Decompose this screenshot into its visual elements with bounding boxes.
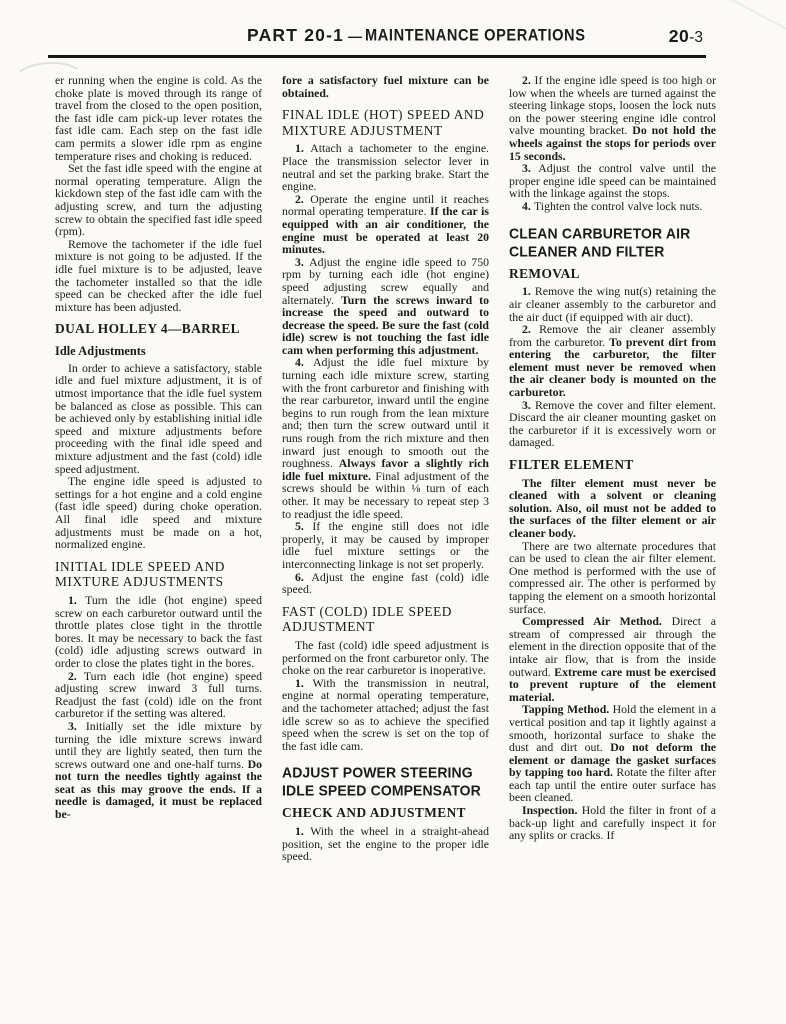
section-title-label: MAINTENANCE OPERATIONS xyxy=(365,27,586,45)
heading-clean-carburetor-air-cleaner: CLEAN CARBURETOR AIR CLEANER AND FILTER xyxy=(509,225,716,260)
text-run: With the transmission in neutral, engine… xyxy=(282,676,489,753)
text-run: FILTER ELEMENT xyxy=(509,457,634,472)
step-paragraph: 1. Remove the wing nut(s) retaining the … xyxy=(509,285,716,323)
text-run: DUAL HOLLEY 4—BARREL xyxy=(55,321,240,336)
step-paragraph: 1. With the wheel in a straight-ahead po… xyxy=(282,825,489,863)
paragraph-idle-speed-settings: The engine idle speed is adjusted to set… xyxy=(55,475,262,551)
page-title: PART 20-1 — MAINTENANCE OPERATIONS xyxy=(247,25,586,46)
step-paragraph: 2. Remove the air cleaner assembly from … xyxy=(509,323,716,399)
paragraph-continuation: fore a satisfactory fuel mixture can be … xyxy=(282,74,489,99)
paragraph-idle-balance: In order to achieve a satisfactory, stab… xyxy=(55,362,262,475)
manual-page: PART 20-1 — MAINTENANCE OPERATIONS 20 -3… xyxy=(0,0,786,1024)
text-run: INITIAL IDLE SPEED AND MIXTURE ADJUSTMEN… xyxy=(55,559,225,590)
step-paragraph: 5. If the engine still does not idle pro… xyxy=(282,520,489,570)
step-paragraph: 1. Attach a tachometer to the engine. Pl… xyxy=(282,142,489,192)
text-run: CLEAN CARBURETOR AIR CLEANER AND FILTER xyxy=(509,225,690,259)
step-paragraph: 3. Initially set the idle mixture by tur… xyxy=(55,720,262,821)
heading-idle-adjustments: Idle Adjustments xyxy=(55,344,262,358)
text-run: fore a satisfactory fuel mixture can be … xyxy=(282,73,489,100)
text-run: REMOVAL xyxy=(509,266,580,281)
text-run: FINAL IDLE (HOT) SPEED AND MIXTURE ADJUS… xyxy=(282,107,484,138)
text-run: In order to achieve a satisfactory, stab… xyxy=(55,361,262,476)
text-run: Set the fast idle speed with the engine … xyxy=(55,161,262,238)
text-run: Adjust the idle fuel mixture by turning … xyxy=(282,355,489,470)
step-paragraph: 3. Adjust the engine idle speed to 750 r… xyxy=(282,256,489,357)
heading-dual-holley-4-barrel: DUAL HOLLEY 4—BARREL xyxy=(55,321,262,337)
paragraph-compressed-air-method: Compressed Air Method. Direct a stream o… xyxy=(509,615,716,703)
text-run: The fast (cold) idle speed adjustment is… xyxy=(282,638,489,677)
text-run: CHECK AND ADJUSTMENT xyxy=(282,805,466,820)
text-run: If the engine still does not idle proper… xyxy=(282,519,489,571)
column-2: fore a satisfactory fuel mixture can be … xyxy=(282,74,489,863)
step-paragraph: 3. Remove the cover and filter element. … xyxy=(509,399,716,449)
paragraph-fast-idle-cam: er running when the engine is cold. As t… xyxy=(55,74,262,162)
paragraph-filter-warning: The filter element must never be cleaned… xyxy=(509,477,716,540)
step-paragraph: 3. Adjust the control valve until the pr… xyxy=(509,162,716,200)
text-run: Turn each idle (hot engine) speed adjust… xyxy=(55,669,262,721)
text-run: Turn the idle (hot engine) speed screw o… xyxy=(55,593,262,670)
paragraph-remove-tachometer: Remove the tachometer if the idle fuel m… xyxy=(55,238,262,314)
text-run: Adjust the control valve until the prope… xyxy=(509,161,716,200)
heading-filter-element: FILTER ELEMENT xyxy=(509,457,716,473)
header-rule xyxy=(48,55,706,58)
heading-removal: REMOVAL xyxy=(509,266,716,282)
step-paragraph: 6. Adjust the engine fast (cold) idle sp… xyxy=(282,571,489,596)
page-header: PART 20-1 — MAINTENANCE OPERATIONS 20 -3 xyxy=(0,25,786,51)
page-number-minor: -3 xyxy=(689,29,703,47)
heading-initial-idle-speed: INITIAL IDLE SPEED AND MIXTURE ADJUSTMEN… xyxy=(55,559,262,590)
step-paragraph: 1. Turn the idle (hot engine) speed scre… xyxy=(55,594,262,670)
text-run: er running when the engine is cold. As t… xyxy=(55,73,262,163)
paragraph-inspection: Inspection. Hold the filter in front of … xyxy=(509,804,716,842)
step-paragraph: 2. Turn each idle (hot engine) speed adj… xyxy=(55,670,262,720)
text-run: The engine idle speed is adjusted to set… xyxy=(55,474,262,551)
text-run: Initially set the idle mixture by turnin… xyxy=(55,719,262,771)
paragraph-fast-cold-intro: The fast (cold) idle speed adjustment is… xyxy=(282,639,489,677)
text-run: Attach a tachometer to the engine. Place… xyxy=(282,141,489,193)
paragraph-two-procedures: There are two alternate procedures that … xyxy=(509,540,716,616)
text-run: The filter element must never be cleaned… xyxy=(509,476,716,540)
heading-final-idle-hot-speed: FINAL IDLE (HOT) SPEED AND MIXTURE ADJUS… xyxy=(282,107,489,138)
text-run: Adjust the engine fast (cold) idle speed… xyxy=(282,570,489,597)
page-number: 20 -3 xyxy=(669,26,703,47)
text-run: Idle Adjustments xyxy=(55,344,146,358)
page-number-major: 20 xyxy=(669,26,689,47)
text-run: With the wheel in a straight-ahead posit… xyxy=(282,824,489,863)
paragraph-set-fast-idle: Set the fast idle speed with the engine … xyxy=(55,162,262,238)
heading-fast-cold-idle-speed: FAST (COLD) IDLE SPEED ADJUSTMENT xyxy=(282,604,489,635)
text-run: 4. xyxy=(522,199,534,213)
text-run: Remove the wing nut(s) retaining the air… xyxy=(509,284,716,323)
heading-adjust-power-steering: ADJUST POWER STEERING IDLE SPEED COMPENS… xyxy=(282,764,489,799)
text-columns: er running when the engine is cold. As t… xyxy=(55,74,716,863)
title-dash: — xyxy=(348,28,362,44)
step-paragraph: 4. Tighten the control valve lock nuts. xyxy=(509,200,716,213)
text-run: ADJUST POWER STEERING IDLE SPEED COMPENS… xyxy=(282,764,481,798)
text-run: There are two alternate procedures that … xyxy=(509,539,716,616)
text-run: FAST (COLD) IDLE SPEED ADJUSTMENT xyxy=(282,604,452,635)
column-3: 2. If the engine idle speed is too high … xyxy=(509,74,716,863)
column-1: er running when the engine is cold. As t… xyxy=(55,74,262,863)
step-paragraph: 2. Operate the engine until it reaches n… xyxy=(282,193,489,256)
text-run: Remove the tachometer if the idle fuel m… xyxy=(55,237,262,314)
text-run: Remove the cover and filter element. Dis… xyxy=(509,398,716,450)
heading-check-and-adjustment: CHECK AND ADJUSTMENT xyxy=(282,805,489,821)
text-run: Tighten the control valve lock nuts. xyxy=(534,199,702,213)
step-paragraph: 2. If the engine idle speed is too high … xyxy=(509,74,716,162)
part-number-label: PART 20-1 xyxy=(247,25,344,46)
step-paragraph: 4. Adjust the idle fuel mixture by turni… xyxy=(282,356,489,520)
paragraph-tapping-method: Tapping Method. Hold the element in a ve… xyxy=(509,703,716,804)
step-paragraph: 1. With the transmission in neutral, eng… xyxy=(282,677,489,753)
